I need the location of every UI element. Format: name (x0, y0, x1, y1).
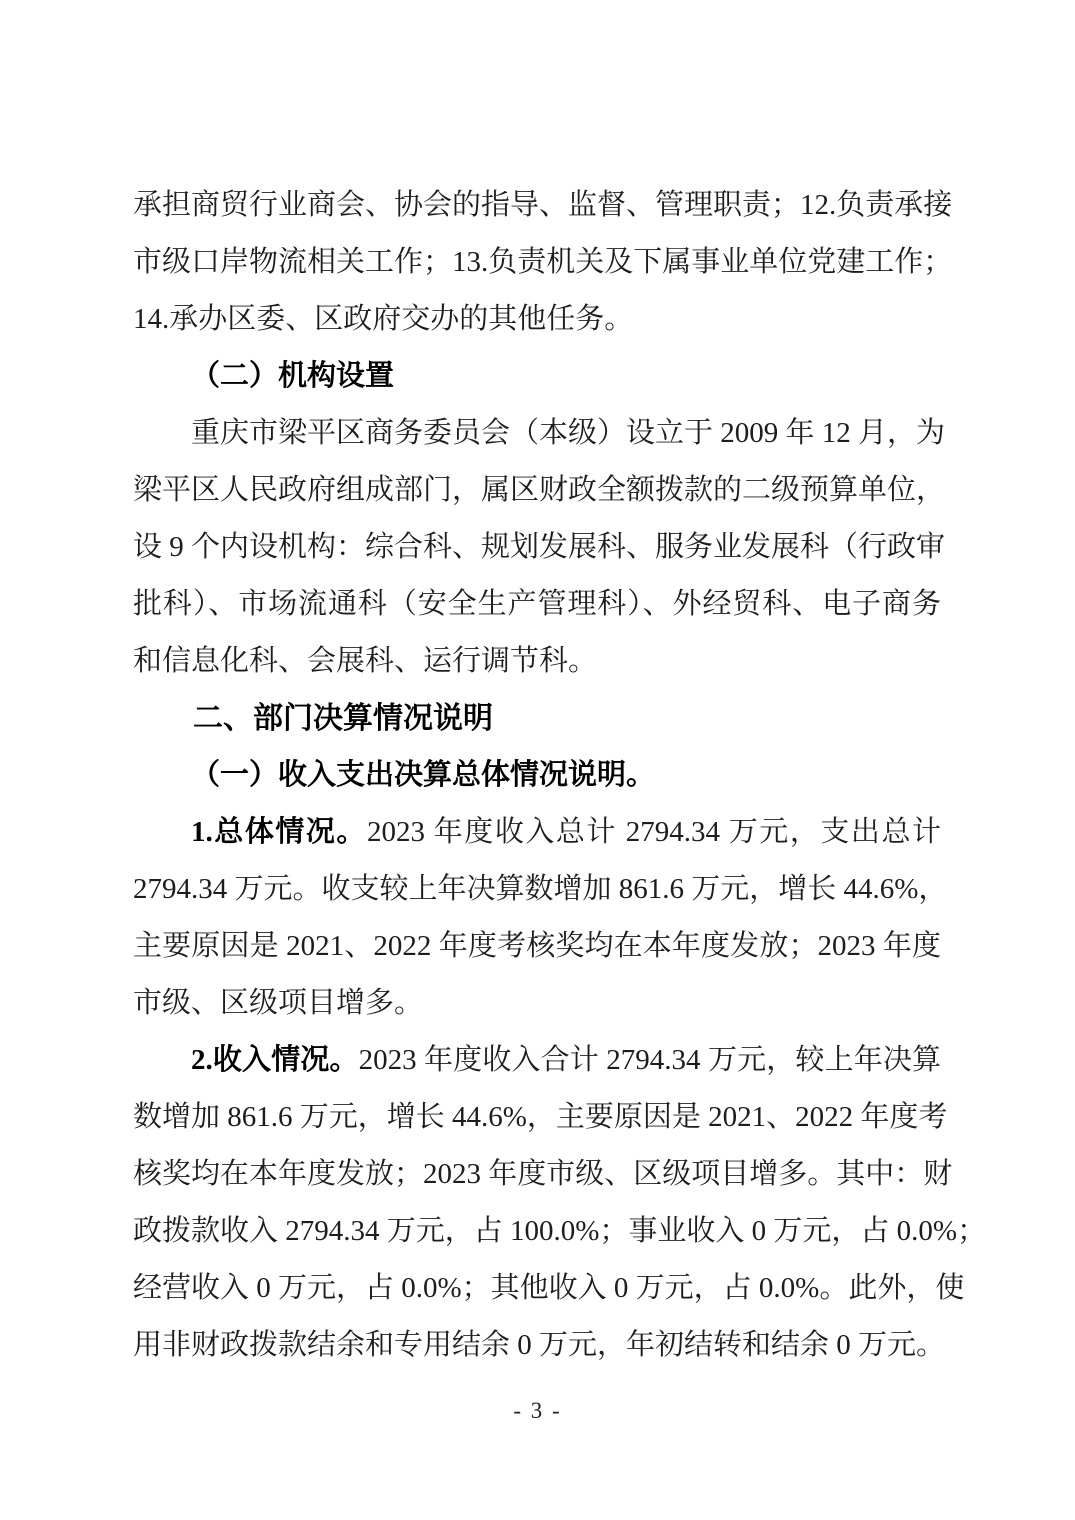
paragraph-lead: 1.总体情况。 (191, 816, 367, 848)
text-line: 经营收入 0 万元，占 0.0%；其他收入 0 万元，占 0.0%。此外，使 (133, 1260, 941, 1317)
document-body: 承担商贸行业商会、协会的指导、监督、管理职责；12.负责承接 市级口岸物流相关工… (133, 177, 941, 1374)
paragraph-lead-rest: 2023 年度收入合计 2794.34 万元，较上年决算 (359, 1044, 941, 1076)
section-heading-final-accounts: 二、部门决算情况说明 (133, 690, 941, 747)
text-line: 核奖均在本年度发放；2023 年度市级、区级项目增多。其中：财 (133, 1146, 941, 1203)
text-line: 用非财政拨款结余和专用结余 0 万元，年初结转和结余 0 万元。 (133, 1317, 941, 1374)
section-heading-organization: （二）机构设置 (133, 348, 941, 405)
text-line: 1.总体情况。2023 年度收入总计 2794.34 万元，支出总计 (133, 804, 941, 861)
text-line: 承担商贸行业商会、协会的指导、监督、管理职责；12.负责承接 (133, 177, 941, 234)
paragraph-lead-rest: 2023 年度收入总计 2794.34 万元，支出总计 (367, 816, 941, 848)
text-line: 数增加 861.6 万元，增长 44.6%，主要原因是 2021、2022 年度… (133, 1089, 941, 1146)
text-line: 批科）、市场流通科（安全生产管理科）、外经贸科、电子商务 (133, 576, 941, 633)
document-page: 承担商贸行业商会、协会的指导、监督、管理职责；12.负责承接 市级口岸物流相关工… (0, 0, 1075, 1520)
text-line: 主要原因是 2021、2022 年度考核奖均在本年度发放；2023 年度 (133, 918, 941, 975)
text-line: 重庆市梁平区商务委员会（本级）设立于 2009 年 12 月，为 (133, 405, 941, 462)
text-line: 市级口岸物流相关工作；13.负责机关及下属事业单位党建工作； (133, 234, 941, 291)
text-line: 市级、区级项目增多。 (133, 975, 941, 1032)
page-number: - 3 - (0, 1398, 1075, 1424)
text-line: 和信息化科、会展科、运行调节科。 (133, 633, 941, 690)
text-line: 2794.34 万元。收支较上年决算数增加 861.6 万元，增长 44.6%， (133, 861, 941, 918)
text-line: 设 9 个内设机构：综合科、规划发展科、服务业发展科（行政审 (133, 519, 941, 576)
paragraph-lead: 2.收入情况。 (191, 1044, 359, 1076)
text-line: 2.收入情况。2023 年度收入合计 2794.34 万元，较上年决算 (133, 1032, 941, 1089)
text-line: 政拨款收入 2794.34 万元，占 100.0%；事业收入 0 万元，占 0.… (133, 1203, 941, 1260)
text-line: 14.承办区委、区政府交办的其他任务。 (133, 291, 941, 348)
text-line: 梁平区人民政府组成部门，属区财政全额拨款的二级预算单位， (133, 462, 941, 519)
section-heading-overview: （一）收入支出决算总体情况说明。 (133, 747, 941, 804)
